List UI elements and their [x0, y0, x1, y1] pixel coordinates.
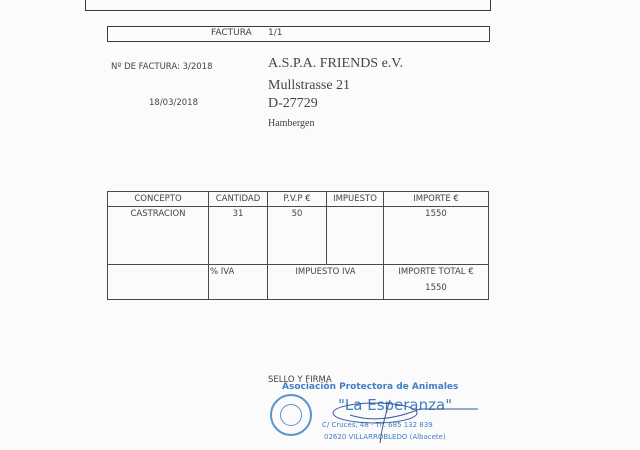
- stamp-seal-icon: [270, 394, 312, 436]
- stamp-line1: Asociación Protectora de Animales: [282, 382, 458, 392]
- invoice-table: CONCEPTO CANTIDAD P.V.P € IMPUESTO IMPOR…: [107, 191, 489, 300]
- invoice-date: 18/03/2018: [149, 98, 198, 108]
- cell-cantidad: 31: [209, 207, 268, 265]
- col-header-importe: IMPORTE €: [384, 192, 489, 207]
- invoice-label: FACTURA: [211, 28, 252, 38]
- summary-total-cell: IMPORTE TOTAL € 1550: [384, 265, 489, 300]
- invoice-number: Nº DE FACTURA: 3/2018: [111, 62, 213, 72]
- summary-iva-tax: IMPUESTO IVA: [268, 265, 384, 300]
- cell-impuesto: [327, 207, 384, 265]
- top-box: [85, 0, 491, 11]
- invoice-header-box: FACTURA 1/1: [107, 26, 490, 42]
- cell-concepto: CASTRACION: [108, 207, 209, 265]
- col-header-cantidad: CANTIDAD: [209, 192, 268, 207]
- col-header-impuesto: IMPUESTO: [327, 192, 384, 207]
- summary-total-label: IMPORTE TOTAL €: [384, 267, 488, 277]
- recipient-name: A.S.P.A. FRIENDS e.V.: [268, 56, 403, 72]
- recipient-street: Mullstrasse 21: [268, 78, 350, 94]
- summary-iva-percent: % IVA: [209, 265, 268, 300]
- signature-scribble: [320, 395, 480, 445]
- col-header-pvp: P.V.P €: [268, 192, 327, 207]
- recipient-city: Hambergen: [268, 118, 314, 129]
- cell-pvp: 50: [268, 207, 327, 265]
- summary-empty: [108, 265, 209, 300]
- col-header-concepto: CONCEPTO: [108, 192, 209, 207]
- recipient-postal: D-27729: [268, 96, 318, 112]
- summary-total-value: 1550: [384, 283, 488, 293]
- page-number: 1/1: [268, 28, 282, 38]
- table-row: CASTRACION 31 50 1550: [108, 207, 489, 265]
- cell-importe: 1550: [384, 207, 489, 265]
